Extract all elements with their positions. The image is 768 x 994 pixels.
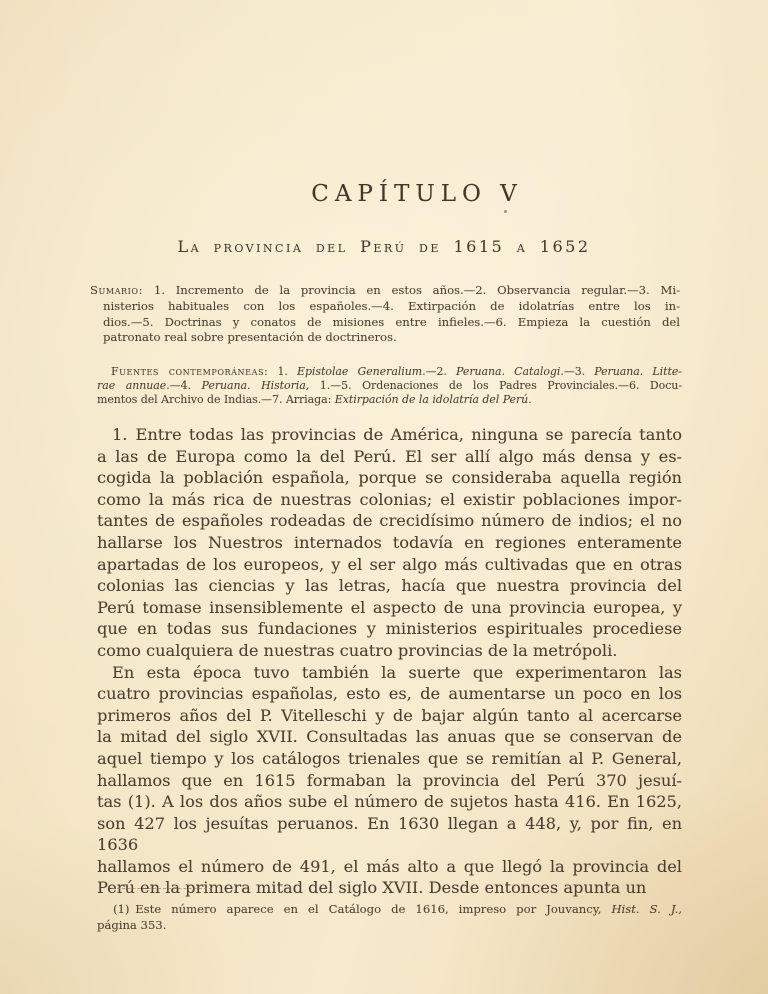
chapter-subtitle: La provincia del Perú de 1615 a 1652 — [177, 237, 590, 256]
text-line: patronato real sobre presentación de doc… — [90, 330, 680, 346]
text-line: la mitad del siglo XVII. Consultadas las… — [97, 726, 682, 748]
text-line: tas (1). A los dos años sube el número d… — [97, 791, 682, 813]
text-line: hallamos que en 1615 formaban la provinc… — [97, 770, 682, 792]
text-line: En esta época tuvo también la suerte que… — [97, 662, 682, 684]
text-line: apartadas de los europeos, y el ser algo… — [97, 554, 682, 576]
text-line: (1) Este número aparece en el Catálogo d… — [97, 902, 682, 918]
text-line: son 427 los jesuítas peruanos. En 1630 l… — [97, 813, 682, 856]
body-text: 1. Entre todas las provincias de América… — [97, 424, 682, 899]
text-line: como la más rica de nuestras colonias; e… — [97, 489, 682, 511]
book-page: CAPÍTULO V La provincia del Perú de 1615… — [0, 0, 768, 994]
text-line: primeros años del P. Vitelleschi y de ba… — [97, 705, 682, 727]
chapter-title: CAPÍTULO V — [311, 181, 523, 207]
text-line: Sumario: 1. Incremento de la provincia e… — [90, 283, 680, 299]
summary-block: Sumario: 1. Incremento de la provincia e… — [90, 283, 680, 346]
text-line: dios.—5. Doctrinas y conatos de misiones… — [90, 315, 680, 331]
text-line: hallarse los Nuestros internados todavía… — [97, 532, 682, 554]
text-line: a las de Europa como la del Perú. El ser… — [97, 446, 682, 468]
footnote-divider — [112, 888, 212, 889]
text-line: 1. Entre todas las provincias de América… — [97, 424, 682, 446]
text-line: como cualquiera de nuestras cuatro provi… — [97, 640, 682, 662]
text-line: Perú tomase insensiblemente el aspecto d… — [97, 597, 682, 619]
text-line: colonias las ciencias y las letras, hací… — [97, 575, 682, 597]
sources-block: Fuentes contemporáneas: 1. Epistolae Gen… — [97, 365, 682, 408]
footnote: (1) Este número aparece en el Catálogo d… — [97, 902, 682, 933]
paper-speck — [504, 210, 507, 213]
text-line: mentos del Archivo de Indias.—7. Arriaga… — [97, 393, 682, 407]
text-line: cogida la población española, porque se … — [97, 467, 682, 489]
text-line: nisterios habituales con los españoles.—… — [90, 299, 680, 315]
text-line: Fuentes contemporáneas: 1. Epistolae Gen… — [97, 365, 682, 379]
text-line: cuatro provincias españolas, esto es, de… — [97, 683, 682, 705]
paragraph-1: 1. Entre todas las provincias de América… — [97, 424, 682, 662]
text-line: tantes de españoles rodeadas de crecidís… — [97, 510, 682, 532]
text-line: hallamos el número de 491, el más alto a… — [97, 856, 682, 878]
paragraph-2: En esta época tuvo también la suerte que… — [97, 662, 682, 900]
text-line: que en todas sus fundaciones y ministeri… — [97, 618, 682, 640]
text-line: página 353. — [97, 918, 682, 934]
text-line: aquel tiempo y los catálogos trienales q… — [97, 748, 682, 770]
text-line: rae annuae.—4. Peruana. Historia, 1.—5. … — [97, 379, 682, 393]
